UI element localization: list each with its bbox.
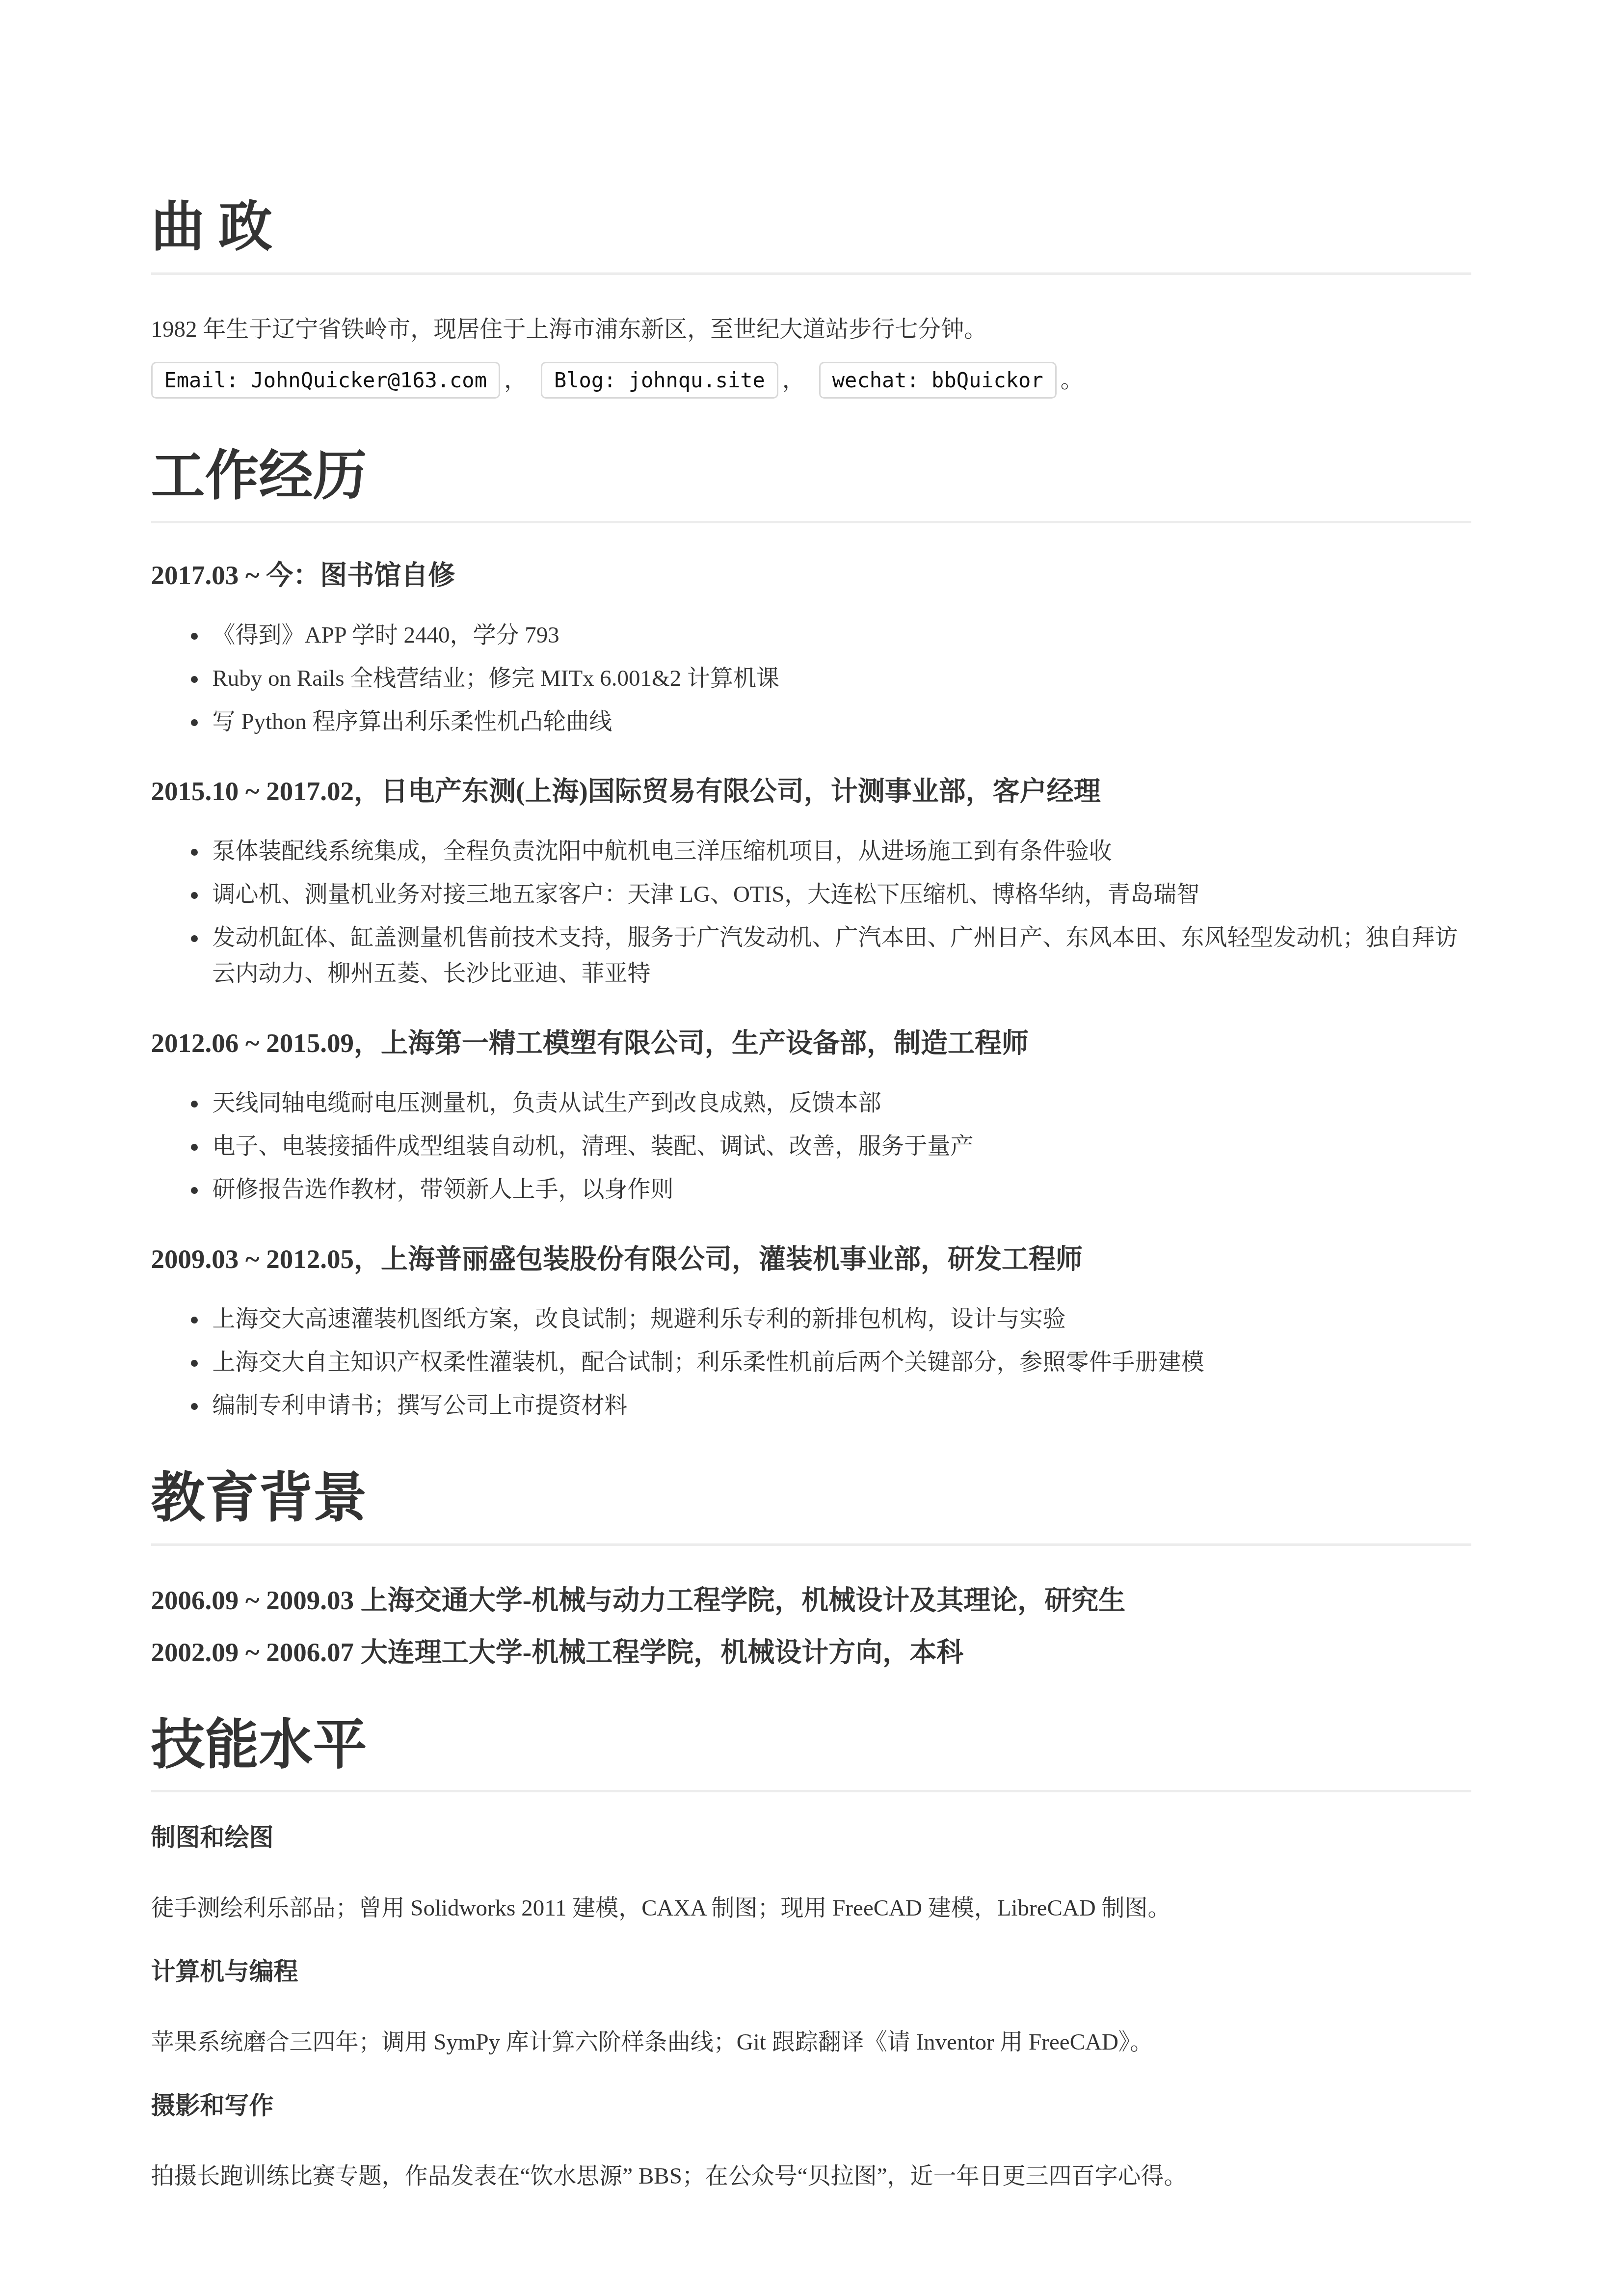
bullet-item: 上海交大高速灌装机图纸方案，改良试制；规避利乐专利的新排包机构，设计与实验 [208,1301,1471,1337]
bullet-item: 写 Python 程序算出利乐柔性机凸轮曲线 [208,704,1471,740]
bullet-item: 电子、电装接插件成型组装自动机，清理、装配、调试、改善，服务于量产 [208,1129,1471,1164]
blog-code-chip: Blog: johnqu.site [541,362,778,399]
contact-line: Email: JohnQuicker@163.com，Blog: johnqu.… [151,359,1471,401]
job-heading-prisun: 2009.03 ~ 2012.05，上海普丽盛包装股份有限公司，灌装机事业部，研… [151,1242,1471,1277]
contact-separator: 。 [1061,367,1084,393]
job-bullet-list: 上海交大高速灌装机图纸方案，改良试制；规避利乐专利的新排包机构，设计与实验 上海… [151,1301,1471,1424]
skill-heading-drafting: 制图和绘图 [151,1822,1471,1854]
job-heading-library: 2017.03 ~ 今：图书馆自修 [151,558,1471,593]
job-bullet-list: 泵体装配线系统集成，全程负责沈阳中航机电三洋压缩机项目，从进场施工到有条件验收 … [151,834,1471,991]
wechat-code-chip: wechat: bbQuickor [819,362,1057,399]
skill-heading-computing: 计算机与编程 [151,1956,1471,1988]
skill-text-computing: 苹果系统磨合三四年；调用 SymPy 库计算六阶样条曲线；Git 跟踪翻译《请 … [151,2025,1471,2060]
section-title-skills: 技能水平 [151,1714,1471,1793]
job-bullet-list: 天线同轴电缆耐电压测量机，负责从试生产到改良成熟，反馈本部 电子、电装接插件成型… [151,1085,1471,1208]
bullet-item: 《得到》APP 学时 2440，学分 793 [208,618,1471,653]
resume-page: 曲 政 1982 年生于辽宁省铁岭市，现居住于上海市浦东新区，至世纪大道站步行七… [151,0,1471,2293]
email-code-chip: Email: JohnQuicker@163.com [151,362,500,399]
education-item-sjtu: 2006.09 ~ 2009.03 上海交通大学-机械与动力工程学院，机械设计及… [151,1583,1471,1618]
bullet-item: 天线同轴电缆耐电压测量机，负责从试生产到改良成熟，反馈本部 [208,1085,1471,1121]
job-heading-nidec: 2015.10 ~ 2017.02，日电产东测(上海)国际贸易有限公司，计测事业… [151,774,1471,809]
bullet-item: 上海交大自主知识产权柔性灌装机，配合试制；利乐柔性机前后两个关键部分，参照零件手… [208,1345,1471,1380]
skill-text-photo-writing: 拍摄长跑训练比赛专题，作品发表在“饮水思源” BBS；在公众号“贝拉图”，近一年… [151,2159,1471,2194]
intro-text: 1982 年生于辽宁省铁岭市，现居住于上海市浦东新区，至世纪大道站步行七分钟。 [151,312,1471,348]
bullet-item: 发动机缸体、缸盖测量机售前技术支持，服务于广汽发动机、广汽本田、广州日产、东风本… [208,920,1471,992]
skill-heading-photo-writing: 摄影和写作 [151,2090,1471,2122]
contact-separator: ， [504,367,527,393]
bullet-item: 调心机、测量机业务对接三地五家客户：天津 LG、OTIS，大连松下压缩机、博格华… [208,877,1471,913]
section-title-work-experience: 工作经历 [151,445,1471,524]
contact-separator: ， [782,367,805,393]
person-name-heading: 曲 政 [151,196,1471,275]
skill-text-drafting: 徒手测绘利乐部品；曾用 Solidworks 2011 建模，CAXA 制图；现… [151,1891,1471,1926]
bullet-item: 编制专利申请书；撰写公司上市提资材料 [208,1388,1471,1424]
job-bullet-list: 《得到》APP 学时 2440，学分 793 Ruby on Rails 全栈营… [151,618,1471,740]
bullet-item: 研修报告选作教材，带领新人上手，以身作则 [208,1172,1471,1208]
resume-document: { "theme": { "text_color": "#333333", "r… [0,0,1622,2296]
education-item-dlut: 2002.09 ~ 2006.07 大连理工大学-机械工程学院，机械设计方向，本… [151,1635,1471,1670]
section-title-education: 教育背景 [151,1467,1471,1546]
bullet-item: 泵体装配线系统集成，全程负责沈阳中航机电三洋压缩机项目，从进场施工到有条件验收 [208,834,1471,869]
job-heading-daiichi-seiko: 2012.06 ~ 2015.09，上海第一精工模塑有限公司，生产设备部，制造工… [151,1026,1471,1061]
bullet-item: Ruby on Rails 全栈营结业；修完 MITx 6.001&2 计算机课 [208,661,1471,697]
